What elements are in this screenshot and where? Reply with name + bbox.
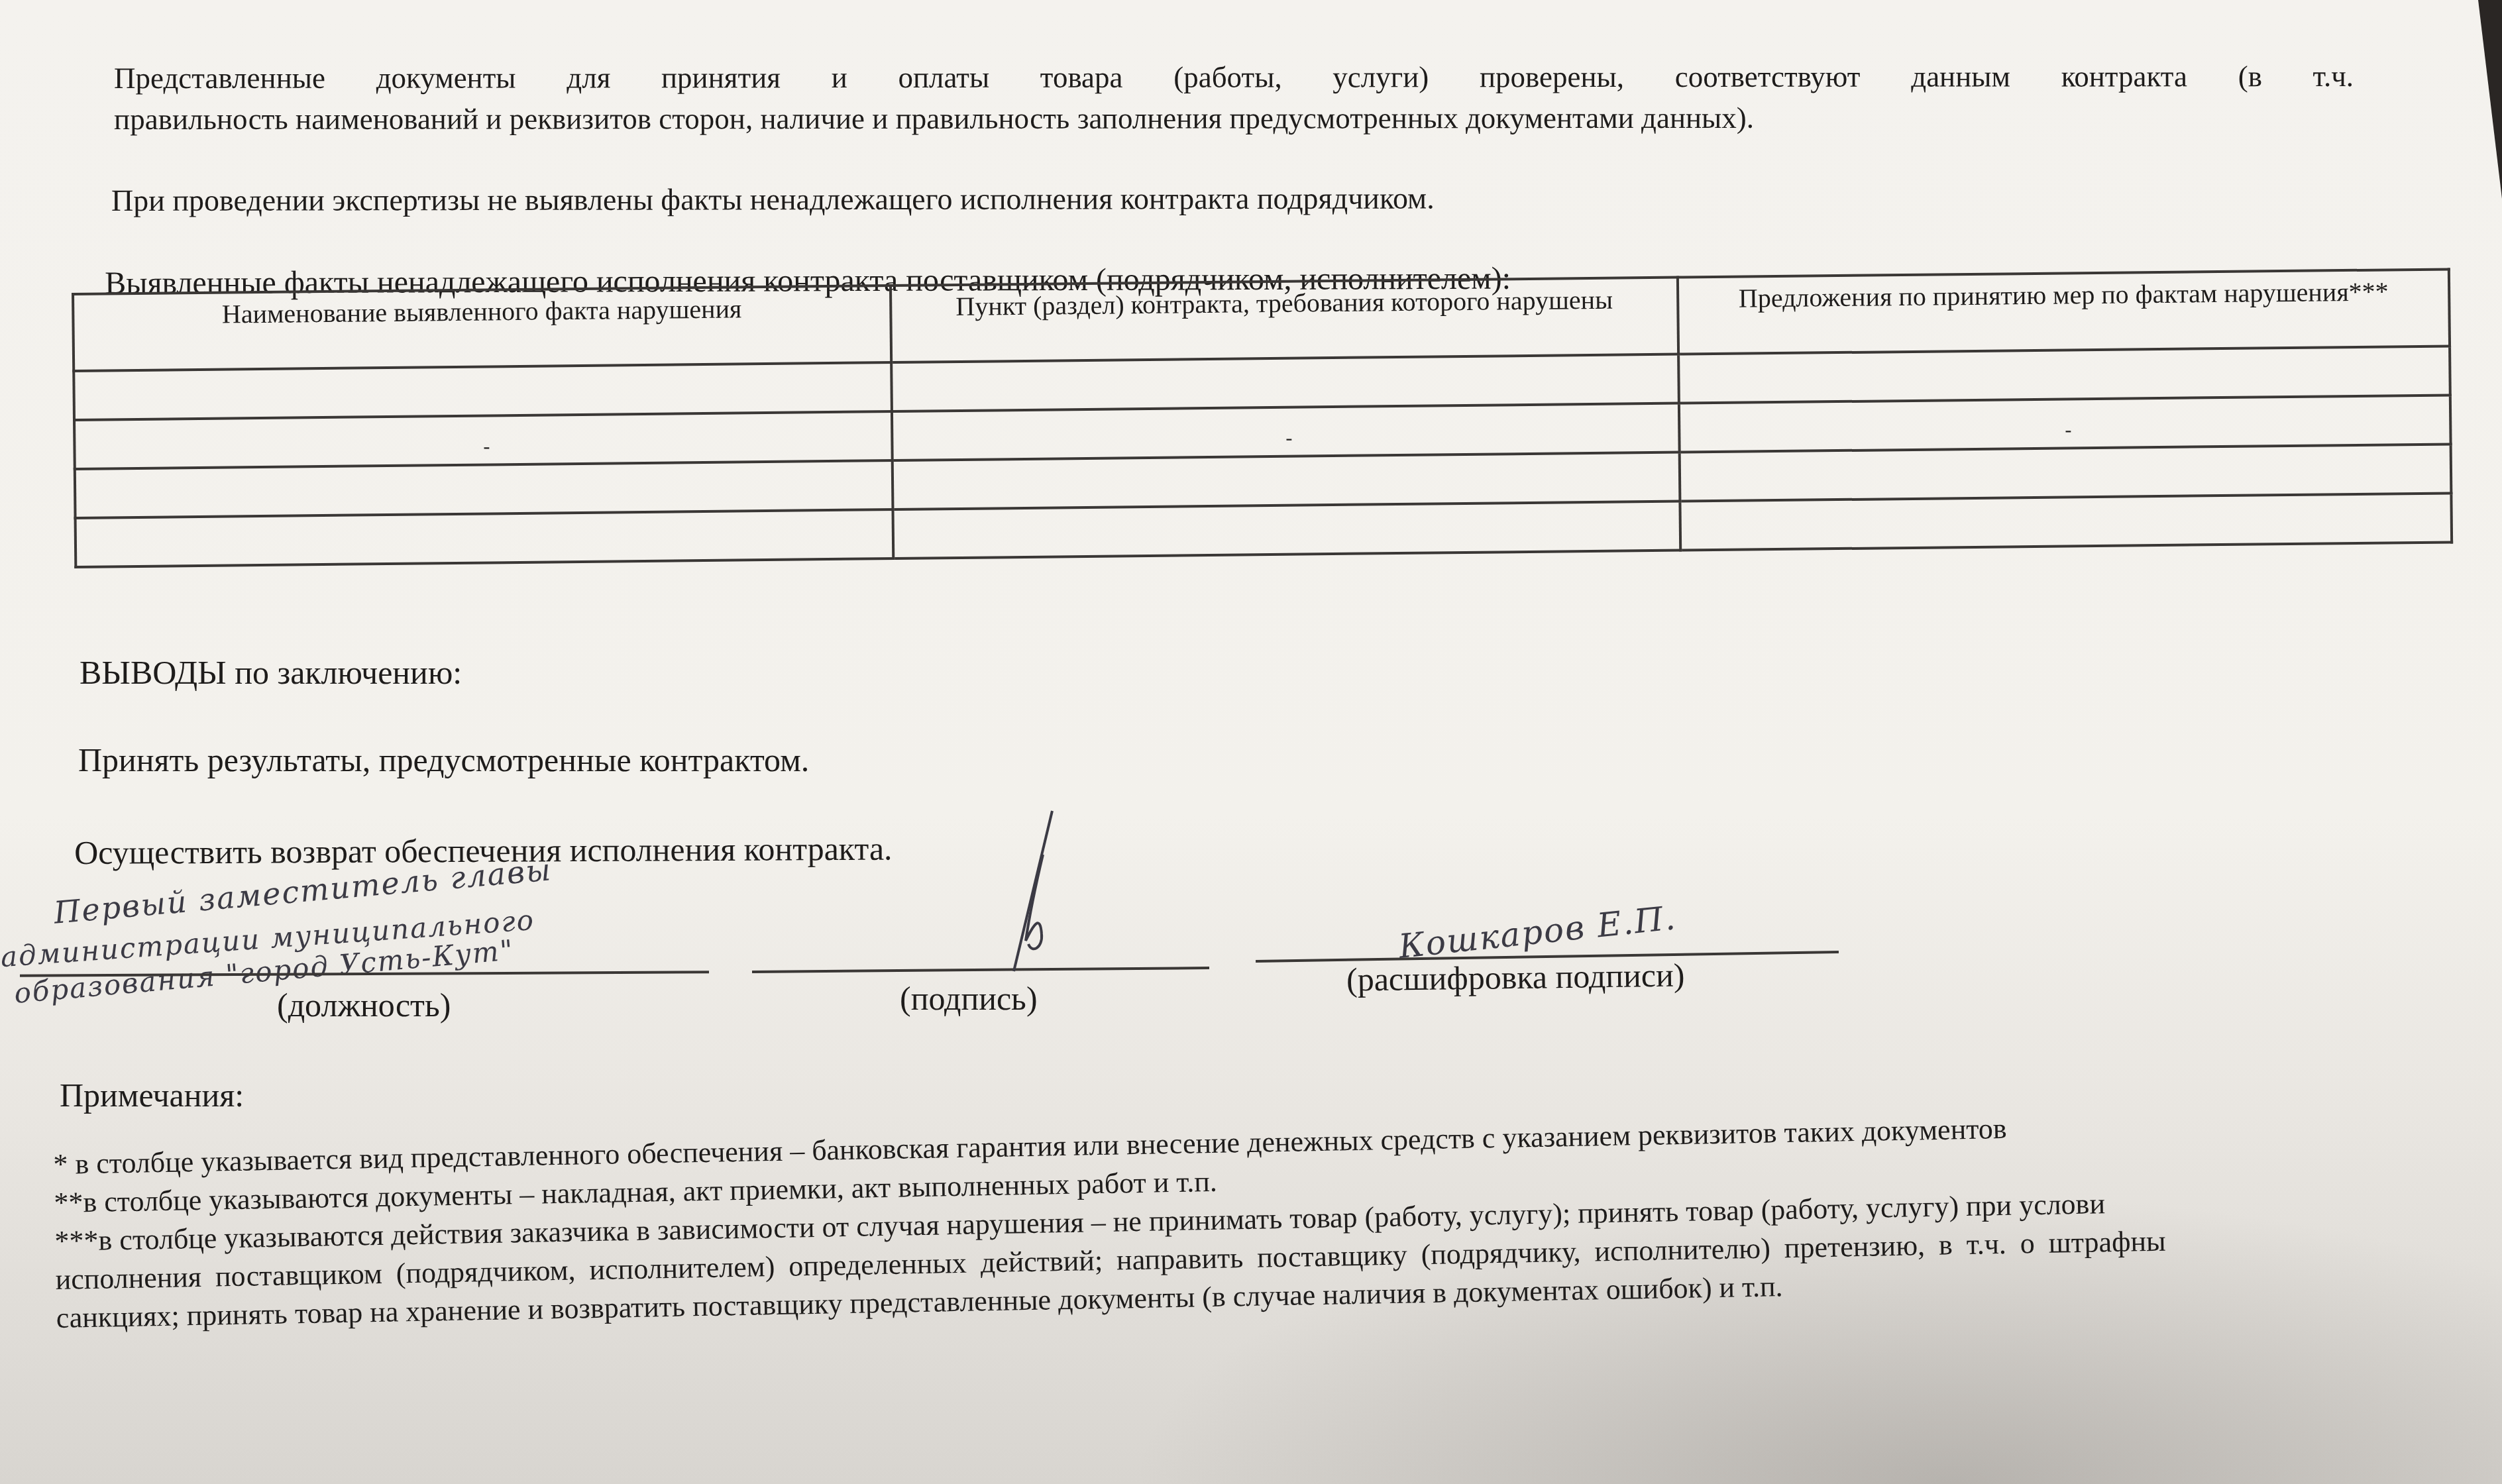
violations-table: Наименование выявленного факта нарушения… [72, 268, 2453, 568]
expertise-statement: При проведении экспертизы не выявлены фа… [111, 184, 1435, 216]
table-cell [892, 452, 1680, 509]
intro-line-2: правильность наименований и реквизитов с… [114, 103, 2354, 148]
table-cell: - [1679, 395, 2450, 452]
table-cell [893, 502, 1680, 558]
table-cell [75, 460, 893, 518]
table-cell [891, 354, 1679, 411]
table-cell [1680, 493, 2452, 550]
intro-paragraph: Представленные документы для принятия и … [114, 59, 2354, 148]
column-header-contract-clause: Пункт (раздел) контракта, требования кот… [891, 278, 1679, 362]
conclusions-heading: ВЫВОДЫ по заключению: [80, 656, 462, 689]
position-caption: (должность) [277, 986, 451, 1024]
conclusion-item: Принять результаты, предусмотренные конт… [78, 743, 809, 776]
table-cell: - [74, 411, 892, 469]
signature-caption: (подпись) [900, 979, 1038, 1018]
handwritten-signature [974, 808, 1080, 974]
table-cell [1680, 444, 2451, 501]
intro-line-1: Представленные документы для принятия и … [114, 59, 2354, 105]
table-cell [1678, 346, 2450, 403]
table-cell: - [892, 403, 1680, 460]
column-header-violation-name: Наименование выявленного факта нарушения [73, 286, 891, 371]
table-cell [76, 509, 893, 567]
name-caption: (расшифровка подписи) [1346, 955, 1685, 998]
column-header-proposals: Предложения по принятию мер по фактам на… [1678, 269, 2450, 354]
notes-heading: Примечания: [60, 1079, 244, 1112]
table-cell [74, 362, 891, 420]
